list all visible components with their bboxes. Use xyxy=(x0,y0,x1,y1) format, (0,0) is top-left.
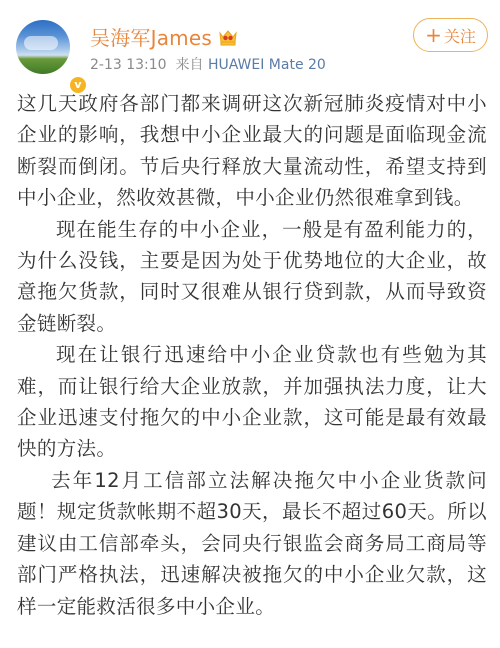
paragraph: 去年12月工信部立法解决拖欠中小企业货款问题！规定货款帐期不超30天，最长不超过… xyxy=(17,465,487,622)
timestamp: 2-13 13:10 xyxy=(90,57,167,73)
post-header: v 吴海军James 2-13 13:10 来自 HUAWEI Mate 20 … xyxy=(0,0,500,86)
avatar[interactable]: v xyxy=(16,20,70,74)
post-meta: 2-13 13:10 来自 HUAWEI Mate 20 xyxy=(90,54,326,74)
follow-button[interactable]: + 关注 xyxy=(413,18,488,52)
author-name[interactable]: 吴海军James xyxy=(90,22,212,51)
device-link[interactable]: HUAWEI Mate 20 xyxy=(208,57,326,73)
source-prefix: 来自 xyxy=(175,57,203,73)
crown-icon[interactable] xyxy=(218,28,238,46)
paragraph: 现在能生存的中小企业，一般是有盈利能力的，为什么没钱，主要是因为处于优势地位的大… xyxy=(17,214,487,340)
paragraph: 现在让银行迅速给中小企业贷款也有些勉为其难，而让银行给大企业放款，并加强执法力度… xyxy=(17,339,487,465)
avatar-cloud xyxy=(24,36,58,50)
plus-icon: + xyxy=(425,25,442,45)
paragraph: 这几天政府各部门都来调研这次新冠肺炎疫情对中小企业的影响，我想中小企业最大的问题… xyxy=(17,88,487,214)
post-body: 这几天政府各部门都来调研这次新冠肺炎疫情对中小企业的影响，我想中小企业最大的问题… xyxy=(17,88,487,622)
author-row: 吴海军James xyxy=(90,22,238,51)
follow-label: 关注 xyxy=(444,24,476,47)
